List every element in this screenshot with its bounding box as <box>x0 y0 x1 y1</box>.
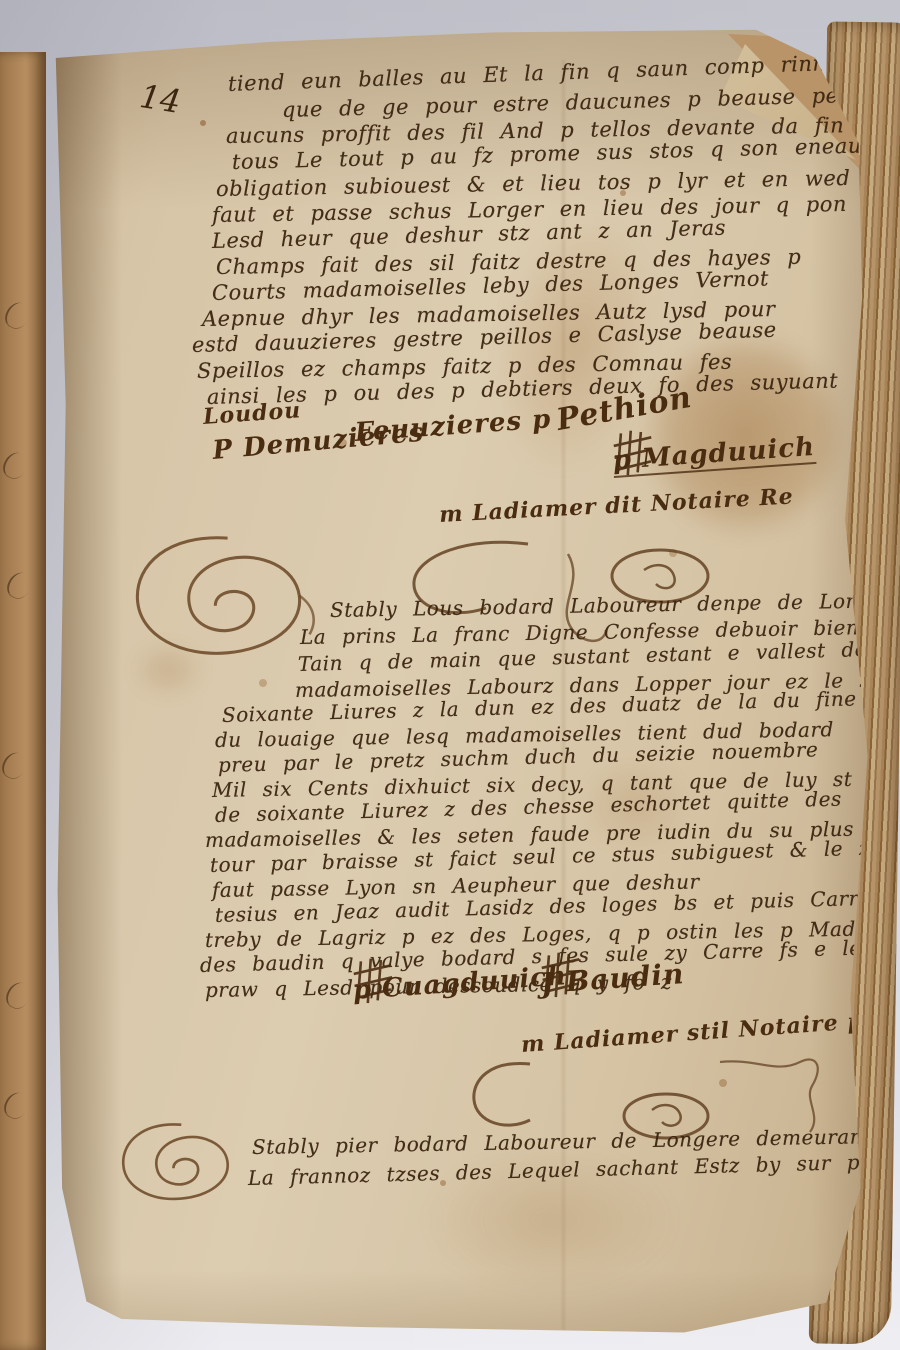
signature-text: Loudou <box>202 397 302 430</box>
showthrough-ink-mark <box>0 749 30 783</box>
photo-of-manuscript-page: 14 tiend eun balles au Et la fin q saun … <box>0 0 900 1350</box>
previous-page-sliver <box>0 52 46 1350</box>
signature-text: m Ladiamer dit Notaire Re <box>439 483 795 528</box>
signature-text: m Ladiamer stil Notaire p <box>520 1008 864 1058</box>
showthrough-ink-mark <box>0 449 31 483</box>
showthrough-ink-mark <box>0 1089 31 1123</box>
notary-hatch-paraph <box>611 427 656 478</box>
handwriting-layer: tiend eun balles au Et la fin q saun com… <box>0 0 900 1350</box>
showthrough-ink-mark <box>2 979 33 1013</box>
signature-text: Feuuzieres p <box>354 404 552 448</box>
notary-hatch-paraph <box>539 949 584 1000</box>
notary-hatch-paraph <box>351 955 396 1006</box>
manuscript-page: 14 tiend eun balles au Et la fin q saun … <box>0 0 900 1350</box>
showthrough-ink-mark <box>3 569 34 603</box>
showthrough-ink-mark <box>1 299 32 333</box>
